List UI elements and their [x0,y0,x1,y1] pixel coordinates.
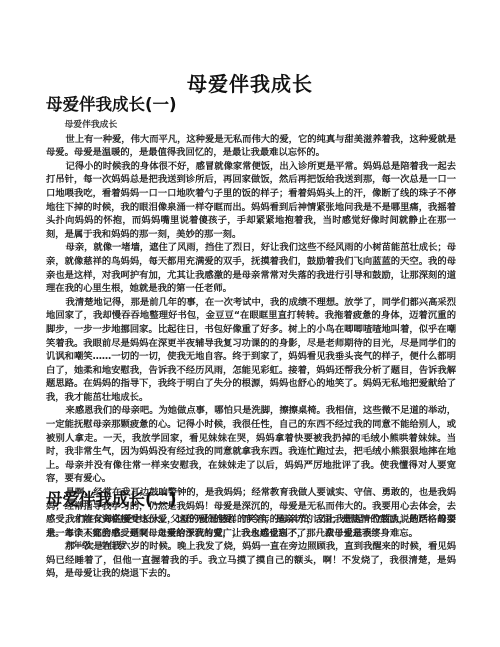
section-body-2: 我们在父母的爱中长大。父母的爱是慈祥的笑容，是亲切的话语；是热情的鼓励，是严格的… [46,513,456,581]
paragraph: 记得小的时候我的身体很不好，感冒就像家常便饭，出入诊所更是平常。妈妈总是陪着我一… [46,160,456,242]
paragraph: 我们在父母的爱中长大。父母的爱是慈祥的笑容，是亲切的话语；是热情的鼓励，是严格的… [46,513,456,540]
paragraph: 我清楚地记得，那是前几年的事，在一次考试中，我的成绩不理想。放学了，同学们都兴高… [46,296,456,405]
section-heading-1: 母爱伴我成长(一) [46,94,177,116]
paragraph: 来感恩我们的母亲吧。为她做点事，哪怕只是洗脚，擦擦桌椅。我相信，这些微不足道的举… [46,404,456,486]
section-heading-2: 母爱伴我成长(二) [46,489,177,511]
section-subtitle: 母爱伴我成长 [46,119,456,133]
paragraph: 那一次是在我六岁的时候。晚上我发了烧，妈妈一直在旁边照顾我，直到我醒来的时候，看… [46,540,456,581]
paragraph: 世上有一种爱，伟大而平凡，这种爱是无私而伟大的爱，它的纯真与甜美滋养着我，这种爱… [46,133,456,160]
document-title: 母爱伴我成长 [0,68,500,97]
paragraph: 母亲，就像一堵墙，遮住了风雨，挡住了烈日，好让我们这些不经风雨的小树苗能茁壮成长… [46,241,456,295]
